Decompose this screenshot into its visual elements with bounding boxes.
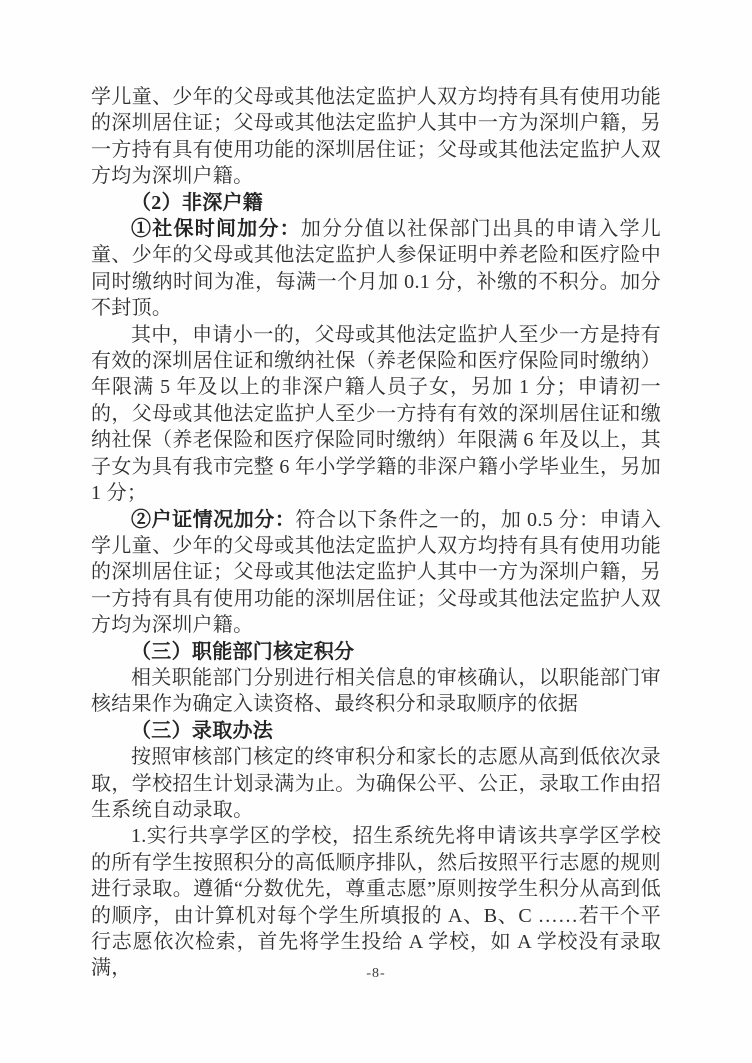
page-number: -8- — [0, 966, 752, 982]
paragraph-bold-lead: ①社保时间加分： — [131, 218, 301, 240]
paragraph: 其中，申请小一的，父母或其他法定监护人至少一方是持有有效的深圳居住证和缴纳社保（… — [91, 322, 661, 507]
section-heading: （2）非深户籍 — [91, 190, 661, 216]
paragraph: 按照审核部门核定的终审积分和家长的志愿从高到低依次录取，学校招生计划录满为止。为… — [91, 744, 661, 823]
document-page: 学儿童、少年的父母或其他法定监护人双方均持有具有使用功能的深圳居住证；父母或其他… — [0, 0, 752, 1063]
section-heading: （三）录取办法 — [91, 718, 661, 744]
paragraph: ①社保时间加分：加分分值以社保部门出具的申请入学儿童、少年的父母或其他法定监护人… — [91, 216, 661, 322]
paragraph-bold-lead: ②户证情况加分： — [131, 509, 295, 531]
paragraph: 相关职能部门分别进行相关信息的审核确认，以职能部门审核结果作为确定入读资格、最终… — [91, 665, 661, 718]
section-heading: （三）职能部门核定积分 — [91, 639, 661, 665]
paragraph: 学儿童、少年的父母或其他法定监护人双方均持有具有使用功能的深圳居住证；父母或其他… — [91, 84, 661, 190]
document-body: 学儿童、少年的父母或其他法定监护人双方均持有具有使用功能的深圳居住证；父母或其他… — [91, 84, 661, 982]
paragraph: ②户证情况加分：符合以下条件之一的，加 0.5 分：申请入学儿童、少年的父母或其… — [91, 507, 661, 639]
paragraph: 1.实行共享学区的学校，招生系统先将申请该共享学区学校的所有学生按照积分的高低顺… — [91, 823, 661, 981]
